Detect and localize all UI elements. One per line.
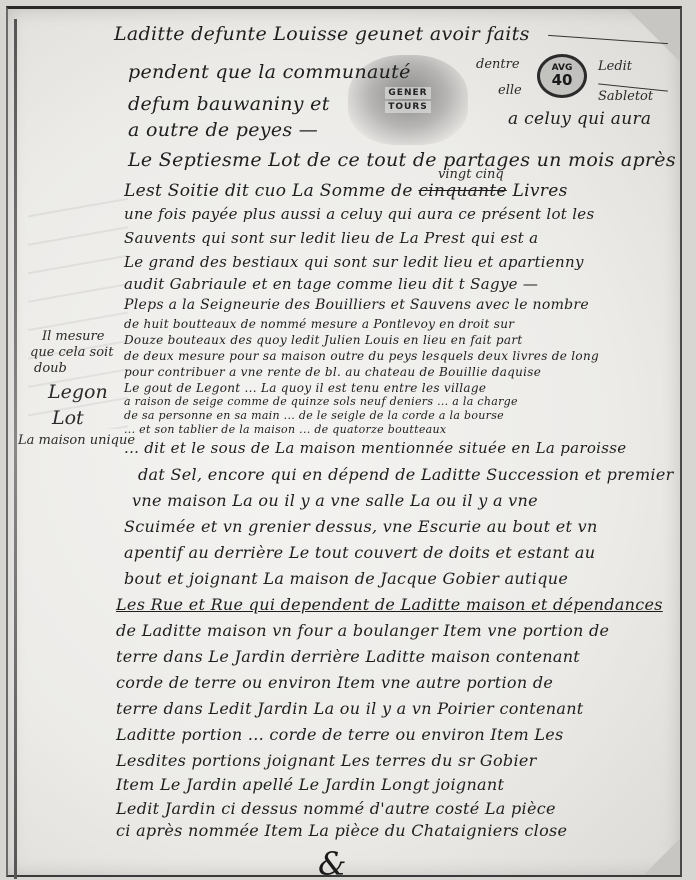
text-line: de Laditte maison vn four a boulanger It… (116, 621, 609, 640)
text-line: Lesdites portions joignant Les terres du… (116, 751, 537, 770)
text-line: audit Gabriaule et en tage comme lieu di… (124, 275, 538, 293)
text-line: a raison de seige comme de quinze sols n… (124, 395, 518, 408)
margin-note: La maison unique (18, 433, 135, 448)
manuscript-page: GENER TOURS AVG 40 Laditte defunte Louis… (6, 6, 682, 877)
margin-note: Il mesure (42, 329, 104, 344)
text-line: Douze bouteaux des quoy ledit Julien Lou… (124, 333, 522, 347)
text-line: ... dit et le sous de La maison mentionn… (124, 439, 626, 457)
text-line: ci après nommée Item La pièce du Chataig… (116, 821, 567, 840)
text-line: pendent que la communauté (128, 61, 411, 83)
margin-note: que cela soit (30, 345, 113, 360)
right-margin-note: Sabletot (598, 89, 653, 104)
text-line: Les Rue et Rue qui dependent de Laditte … (116, 595, 663, 614)
margin-note: doub (34, 361, 67, 376)
text-line: une fois payée plus aussi a celuy qui au… (124, 205, 594, 223)
text-line: dat Sel, encore qui en dépend de Laditte… (138, 465, 674, 484)
stamp-text-2: TOURS (385, 101, 431, 113)
seal-number: 40 (552, 73, 573, 88)
text-line: defum bauwaniny et (128, 93, 330, 115)
text-line: apentif au derrière Le tout couvert de d… (124, 543, 595, 562)
text-line: Laditte portion ... corde de terre ou en… (116, 725, 564, 744)
text-line: vne maison La ou il y a vne salle La ou … (132, 491, 538, 510)
torn-corner-bottom-right (640, 825, 680, 875)
interlinear-note: elle (498, 83, 522, 98)
text-line: Le gout de Legont ... La quoy il est ten… (124, 381, 486, 395)
stamp-text-1: GENER (385, 87, 430, 99)
text-line: terre dans Ledit Jardin La ou il y a vn … (116, 699, 584, 718)
date-seal: AVG 40 (537, 54, 587, 98)
interlinear-note: dentre (476, 57, 520, 72)
text-line: de deux mesure pour sa maison outre du p… (124, 349, 599, 363)
text-line: corde de terre ou environ Item vne autre… (116, 673, 553, 692)
text-line: Item Le Jardin apellé Le Jardin Longt jo… (116, 775, 504, 794)
right-margin-note: Ledit (598, 59, 632, 74)
text-line: terre dans Le Jardin derrière Laditte ma… (116, 647, 580, 666)
closing-flourish: & (318, 845, 346, 880)
text-line: Pleps a la Seigneurie des Bouilliers et … (124, 297, 589, 313)
text-line: de sa personne en sa main ... de le seig… (124, 409, 504, 422)
margin-note: Lot (52, 407, 84, 429)
text-line: a outre de peyes — (128, 119, 318, 141)
interlinear-correction: vingt cinq (438, 167, 504, 182)
text-line: Ledit Jardin ci dessus nommé d'autre cos… (116, 799, 556, 818)
text-line: Lest Soitie dit cuo La Somme de cinquant… (124, 181, 568, 201)
text-line: bout et joignant La maison de Jacque Gob… (124, 569, 568, 588)
page-spine (14, 19, 17, 879)
margin-note: Legon (48, 381, 108, 403)
text-line: Le Septiesme Lot de ce tout de partages … (128, 149, 676, 171)
text-line: de huit boutteaux de nommé mesure a Pont… (124, 317, 514, 331)
text-line: Scuimée et vn grenier dessus, vne Escuri… (124, 517, 598, 536)
right-margin-note: a celuy qui aura (508, 109, 651, 129)
text-line: Sauvents qui sont sur ledit lieu de La P… (124, 229, 538, 247)
text-line: Laditte defunte Louisse geunet avoir fai… (114, 23, 530, 45)
text-line: ... et son tablier de la maison ... de q… (124, 423, 446, 436)
text-line: pour contribuer a vne rente de bl. au ch… (124, 365, 541, 379)
text-line: Le grand des bestiaux qui sont sur ledit… (124, 253, 584, 271)
struck-word: cinquante (418, 181, 506, 201)
